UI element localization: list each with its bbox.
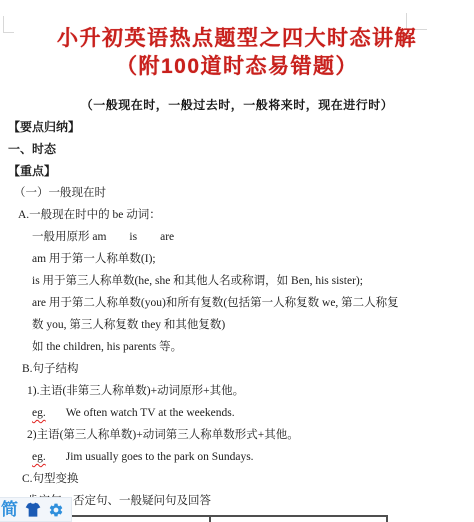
- doc-line-heading: 【重点】: [0, 160, 474, 182]
- document-subtitle: （一般现在时，一般过去时，一般将来时，现在进行时）: [0, 96, 474, 113]
- example-sentence: Jim usually goes to the park on Sundays.: [66, 451, 254, 463]
- doc-line: are 用于第二人称单数(you)和所有复数(包括第一人称复数 we, 第二人称…: [0, 292, 474, 314]
- ime-language-indicator[interactable]: 简: [1, 497, 18, 522]
- doc-line: 如 the children, his parents 等。: [0, 336, 474, 358]
- doc-line: 一般用原形 am is are: [0, 226, 474, 248]
- shirt-icon[interactable]: [25, 502, 41, 518]
- doc-line-heading: 一、时态: [0, 138, 474, 160]
- table-column-divider: [209, 517, 211, 522]
- doc-line: B.句子结构: [0, 358, 474, 380]
- example-sentence: We often watch TV at the weekends.: [66, 407, 235, 419]
- eg-spellcheck-label: eg.: [32, 407, 46, 419]
- doc-line: am 用于第一人称单数(I);: [0, 248, 474, 270]
- doc-line: 1).主语(非第三人称单数)+动词原形+其他。: [0, 380, 474, 402]
- title-line-2: （附100道时态易错题）: [0, 53, 474, 81]
- table-top-border: [68, 515, 388, 522]
- table-border-tick: [386, 517, 388, 522]
- doc-line-heading: 【要点归纳】: [0, 116, 474, 138]
- doc-line: A.一般现在时中的 be 动词：: [0, 204, 474, 226]
- document-body: 【要点归纳】 一、时态 【重点】 （一）一般现在时 A.一般现在时中的 be 动…: [0, 116, 474, 512]
- gear-icon[interactable]: [48, 502, 64, 518]
- eg-spellcheck-label: eg.: [32, 451, 46, 463]
- title-line-1: 小升初英语热点题型之四大时态讲解: [0, 25, 474, 53]
- doc-line-example: eg.Jim usually goes to the park on Sunda…: [0, 446, 474, 468]
- ime-toolbar[interactable]: 简: [0, 497, 72, 522]
- document-title: 小升初英语热点题型之四大时态讲解 （附100道时态易错题）: [0, 25, 474, 81]
- doc-line: （一）一般现在时: [0, 182, 474, 204]
- doc-line: is 用于第三人称单数(he, she 和其他人名或称谓，如 Ben, his …: [0, 270, 474, 292]
- doc-line: 数 you, 第三人称复数 they 和其他复数): [0, 314, 474, 336]
- doc-line: C.句型变换: [0, 468, 474, 490]
- doc-line-example: eg.We often watch TV at the weekends.: [0, 402, 474, 424]
- doc-line: 2)主语(第三人称单数)+动词第三人称单数形式+其他。: [0, 424, 474, 446]
- document-page: 小升初英语热点题型之四大时态讲解 （附100道时态易错题） （一般现在时，一般过…: [0, 0, 474, 522]
